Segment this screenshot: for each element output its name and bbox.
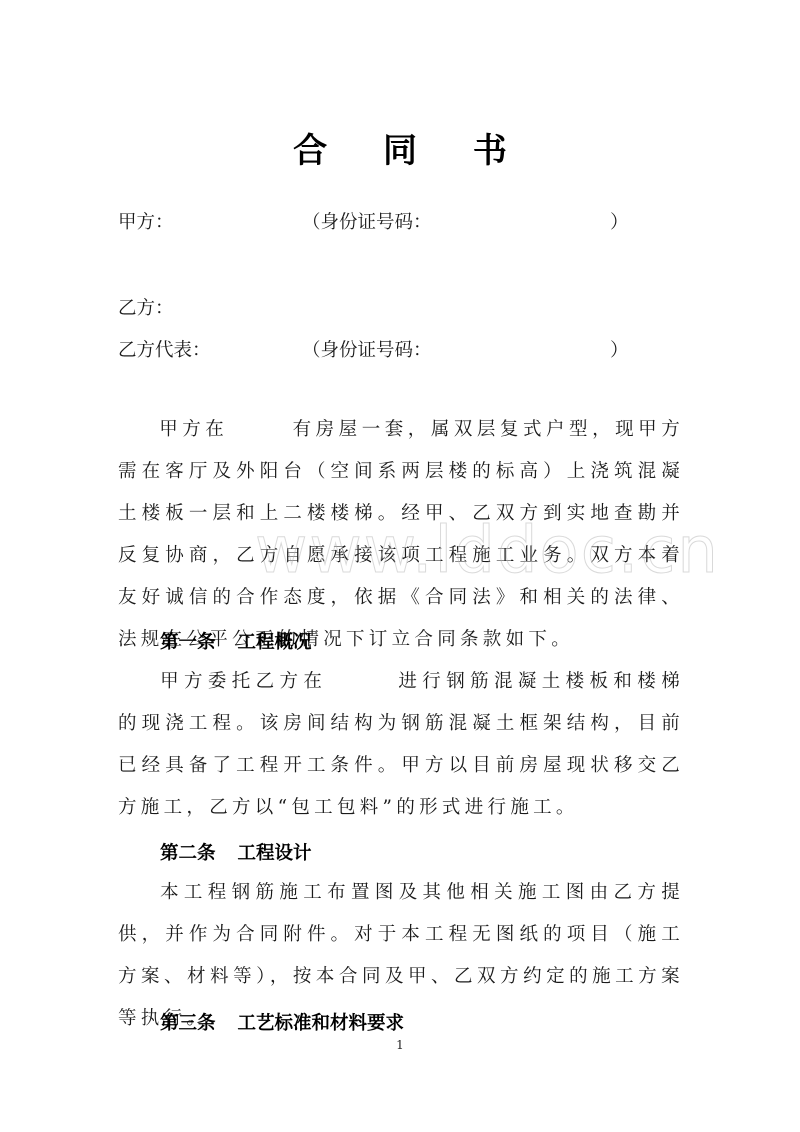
- article-3-number: 第三条: [160, 1013, 216, 1034]
- article-2-body-text: 本工程钢筋施工布置图及其他相关施工图由乙方提供，并作为合同附件。对于本工程无图纸…: [118, 882, 684, 1029]
- party-a-id-label: （身份证号码：: [302, 211, 432, 235]
- article-1-body-part2: 进行钢筋混凝土楼板和楼梯的现浇工程。该房间结构为钢筋混凝土框架结构，目前已经具备…: [118, 671, 684, 818]
- article-1-title: 工程概况: [238, 632, 312, 653]
- party-a-label: 甲方：: [118, 211, 174, 235]
- preamble-part1: 甲方在: [159, 419, 228, 440]
- party-b-rep-label: 乙方代表：: [118, 339, 211, 363]
- article-1-body: 甲方委托乙方在进行钢筋混凝土楼板和楼梯的现浇工程。该房间结构为钢筋混凝土框架结构…: [118, 661, 684, 829]
- party-b-label: 乙方：: [118, 297, 174, 321]
- party-b-rep-id-label: （身份证号码：: [302, 339, 432, 363]
- document-page: 合 同 书 甲方： （身份证号码： ） 乙方： 乙方代表： （身份证号码： ） …: [0, 0, 800, 1132]
- article-3-heading: 第三条工艺标准和材料要求: [160, 1012, 404, 1036]
- article-1-number: 第一条: [160, 632, 216, 653]
- article-2-heading: 第二条工程设计: [160, 842, 312, 866]
- article-1-body-part1: 甲方委托乙方在: [159, 671, 327, 692]
- article-2-title: 工程设计: [238, 843, 312, 864]
- preamble-part2: 有房屋一套，属双层复式户型，现甲方需在客厅及外阳台（空间系两层楼的标高）上浇筑混…: [118, 419, 684, 650]
- article-3-title: 工艺标准和材料要求: [238, 1013, 405, 1034]
- page-number: 1: [0, 1037, 800, 1053]
- party-b-rep-id-close: ）: [610, 339, 629, 363]
- preamble-paragraph: 甲方在有房屋一套，属双层复式户型，现甲方需在客厅及外阳台（空间系两层楼的标高）上…: [118, 409, 684, 661]
- article-1-heading: 第一条工程概况: [160, 631, 312, 655]
- party-a-id-close: ）: [610, 211, 629, 235]
- article-2-number: 第二条: [160, 843, 216, 864]
- document-title: 合 同 书: [0, 126, 800, 176]
